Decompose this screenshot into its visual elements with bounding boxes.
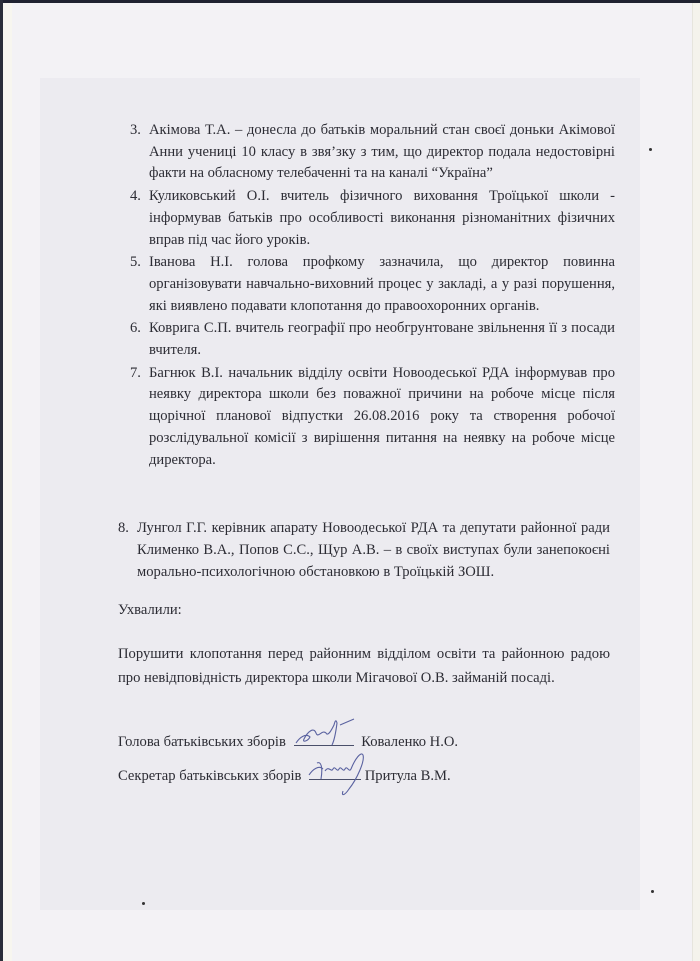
signature-line [294, 731, 354, 746]
scan-speck [649, 148, 652, 151]
scan-speck [142, 902, 145, 905]
item-text: Коврига С.П. вчитель географії про необг… [130, 318, 615, 361]
list-item: 6. Коврига С.П. вчитель географії про не… [130, 318, 615, 361]
item-number: 4. [130, 186, 141, 208]
item-text: Багнюк В.І. начальник відділу освіти Нов… [130, 363, 615, 472]
item-text: Куликовський О.І. вчитель фізичного вихо… [130, 186, 615, 251]
list-item: 5. Іванова Н.І. голова профкому зазначил… [130, 252, 615, 317]
item-number: 6. [130, 318, 141, 340]
signature-role: Голова батьківських зборів [118, 734, 286, 750]
item-number: 5. [130, 252, 141, 274]
resolution-text: Порушити клопотання перед районним відді… [118, 642, 610, 690]
signature-line [309, 765, 361, 780]
signature-chair: Голова батьківських зборів Коваленко Н.О… [118, 731, 458, 751]
item-number: 3. [130, 120, 141, 142]
item-number: 7. [130, 363, 141, 385]
list-item: 4. Куликовський О.І. вчитель фізичного в… [130, 186, 615, 251]
signature-role: Секретар батьківських зборів [118, 768, 301, 784]
list-item: 8. Лунгол Г.Г. керівник апарату Новоодес… [118, 517, 610, 583]
item-text: Акімова Т.А. – донесла до батьків мораль… [130, 120, 615, 185]
speakers-list: 3. Акімова Т.А. – донесла до батьків мор… [130, 120, 615, 472]
scan-speck [651, 890, 654, 893]
handwritten-signature-icon [303, 749, 383, 799]
signature-secretary: Секретар батьківських зборів Притула В.М… [118, 765, 451, 785]
list-item: 3. Акімова Т.А. – донесла до батьків мор… [130, 120, 615, 185]
item-number: 8. [118, 517, 129, 539]
list-item: 7. Багнюк В.І. начальник відділу освіти … [130, 363, 615, 472]
resolved-heading: Ухвалили: [118, 602, 182, 619]
handwritten-signature-icon [288, 715, 368, 751]
signature-name: Коваленко Н.О. [361, 734, 458, 750]
item-text: Іванова Н.І. голова профкому зазначила, … [130, 252, 615, 317]
item-text: Лунгол Г.Г. керівник апарату Новоодесько… [118, 517, 610, 583]
document-page: 3. Акімова Т.А. – донесла до батьків мор… [0, 0, 700, 961]
